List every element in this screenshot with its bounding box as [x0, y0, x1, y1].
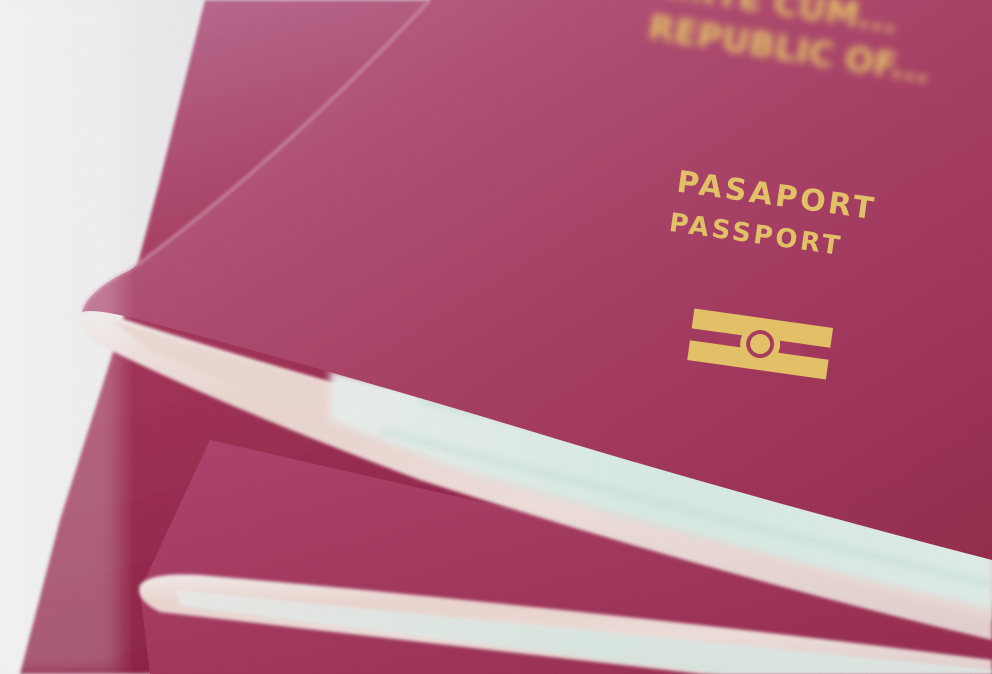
passport-photo: ...ITE CUM... REPUBLIC OF... PASAPORT PA… [0, 0, 992, 674]
top-passport-cover [0, 0, 992, 674]
